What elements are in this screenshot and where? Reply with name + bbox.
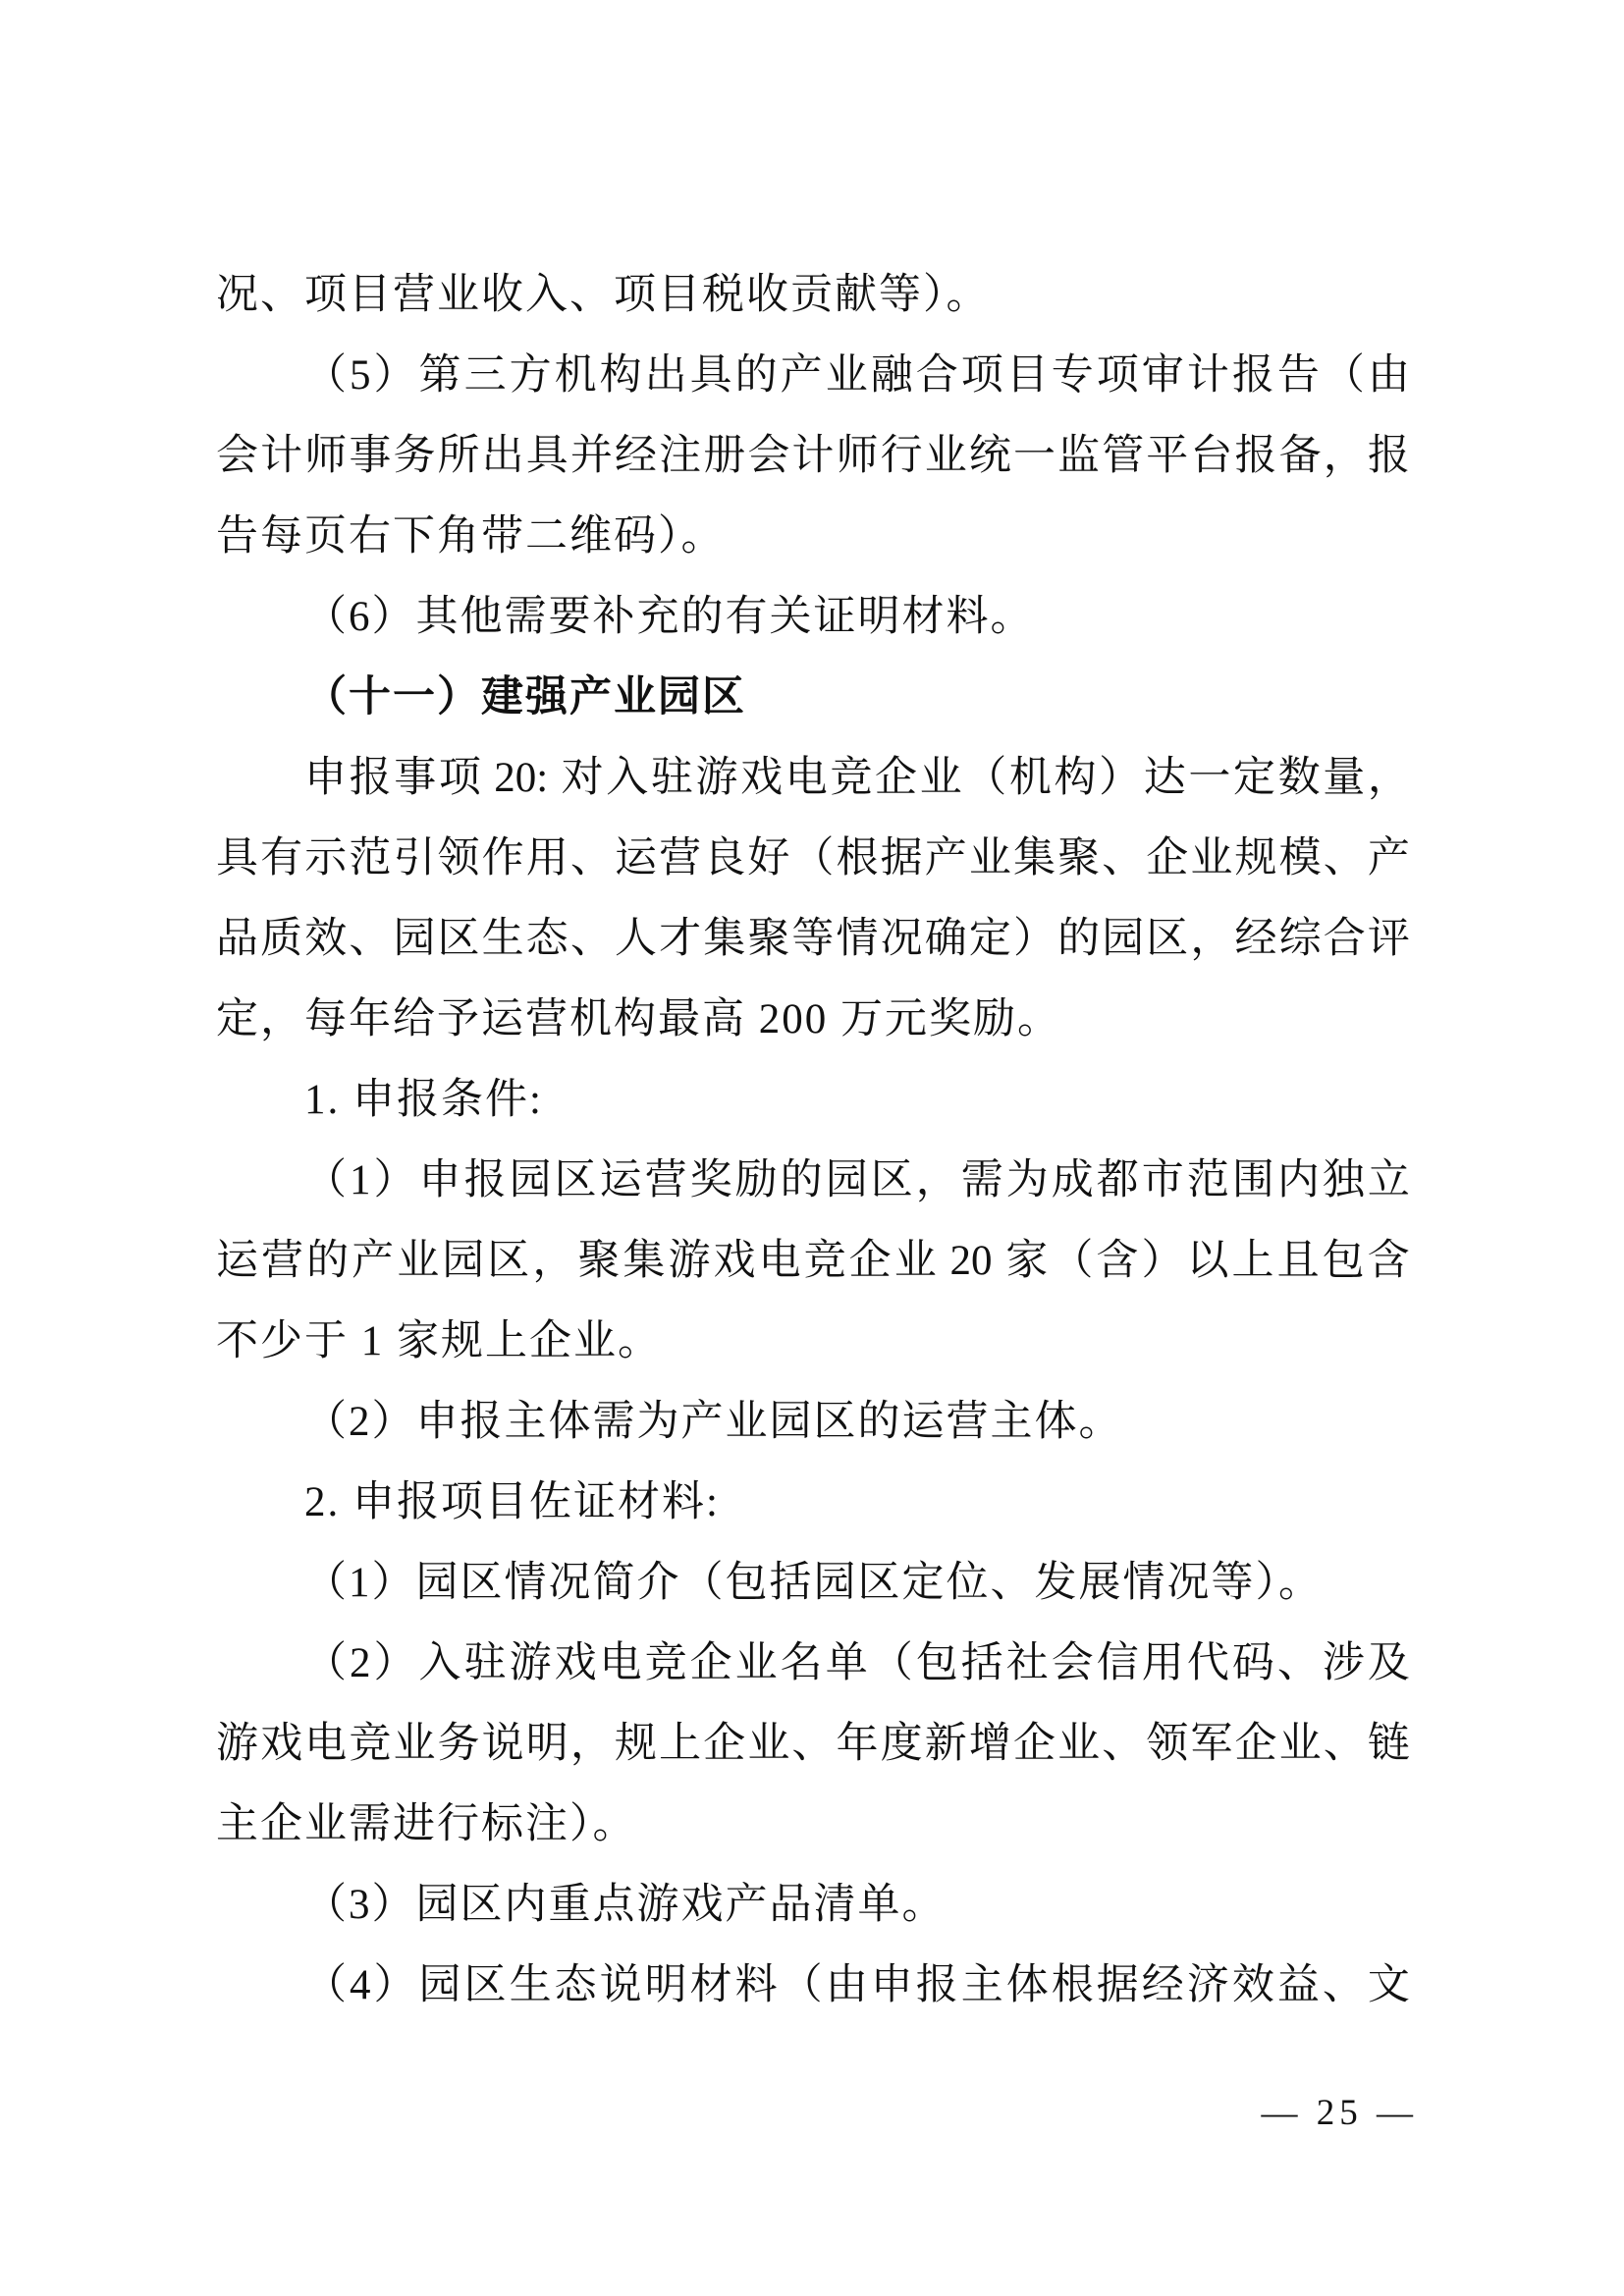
text-line: （1）申报园区运营奖励的园区，需为成都市范围内独立 [216, 1141, 1410, 1221]
text-line: 运营的产业园区，聚集游戏电竞企业 20 家（含）以上且包含 [216, 1221, 1410, 1302]
text-line: 定，每年给予运营机构最高 200 万元奖励。 [216, 980, 1410, 1060]
text-line: 1. 申报条件: [216, 1060, 1410, 1141]
document-page: 况、项目营业收入、项目税收贡献等）。（5）第三方机构出具的产业融合项目专项审计报… [0, 0, 1624, 2296]
text-line: 2. 申报项目佐证材料: [216, 1463, 1410, 1543]
text-line: 告每页右下角带二维码）。 [216, 497, 1410, 577]
text-line: （1）园区情况简介（包括园区定位、发展情况等）。 [216, 1543, 1410, 1624]
text-line: （2）入驻游戏电竞企业名单（包括社会信用代码、涉及 [216, 1624, 1410, 1704]
text-line: 品质效、园区生态、人才集聚等情况确定）的园区，经综合评 [216, 899, 1410, 980]
page-footer: — 25 — [1262, 2089, 1419, 2138]
page-number: — 25 — [1262, 2093, 1419, 2133]
text-line: （6）其他需要补充的有关证明材料。 [216, 577, 1410, 658]
text-line: （3）园区内重点游戏产品清单。 [216, 1865, 1410, 1946]
text-line: 不少于 1 家规上企业。 [216, 1302, 1410, 1382]
section-heading: （十一）建强产业园区 [216, 658, 1410, 738]
text-line: 况、项目营业收入、项目税收贡献等）。 [216, 255, 1410, 336]
text-block: 况、项目营业收入、项目税收贡献等）。（5）第三方机构出具的产业融合项目专项审计报… [216, 255, 1410, 2026]
text-line: 申报事项 20: 对入驻游戏电竞企业（机构）达一定数量， [216, 738, 1410, 819]
text-line: （5）第三方机构出具的产业融合项目专项审计报告（由 [216, 336, 1410, 416]
text-line: 具有示范引领作用、运营良好（根据产业集聚、企业规模、产 [216, 819, 1410, 899]
text-line: （4）园区生态说明材料（由申报主体根据经济效益、文 [216, 1946, 1410, 2026]
text-line: （2）申报主体需为产业园区的运营主体。 [216, 1382, 1410, 1463]
text-line: 游戏电竞业务说明，规上企业、年度新增企业、领军企业、链 [216, 1704, 1410, 1785]
text-line: 主企业需进行标注）。 [216, 1785, 1410, 1865]
text-line: 会计师事务所出具并经注册会计师行业统一监管平台报备，报 [216, 416, 1410, 497]
